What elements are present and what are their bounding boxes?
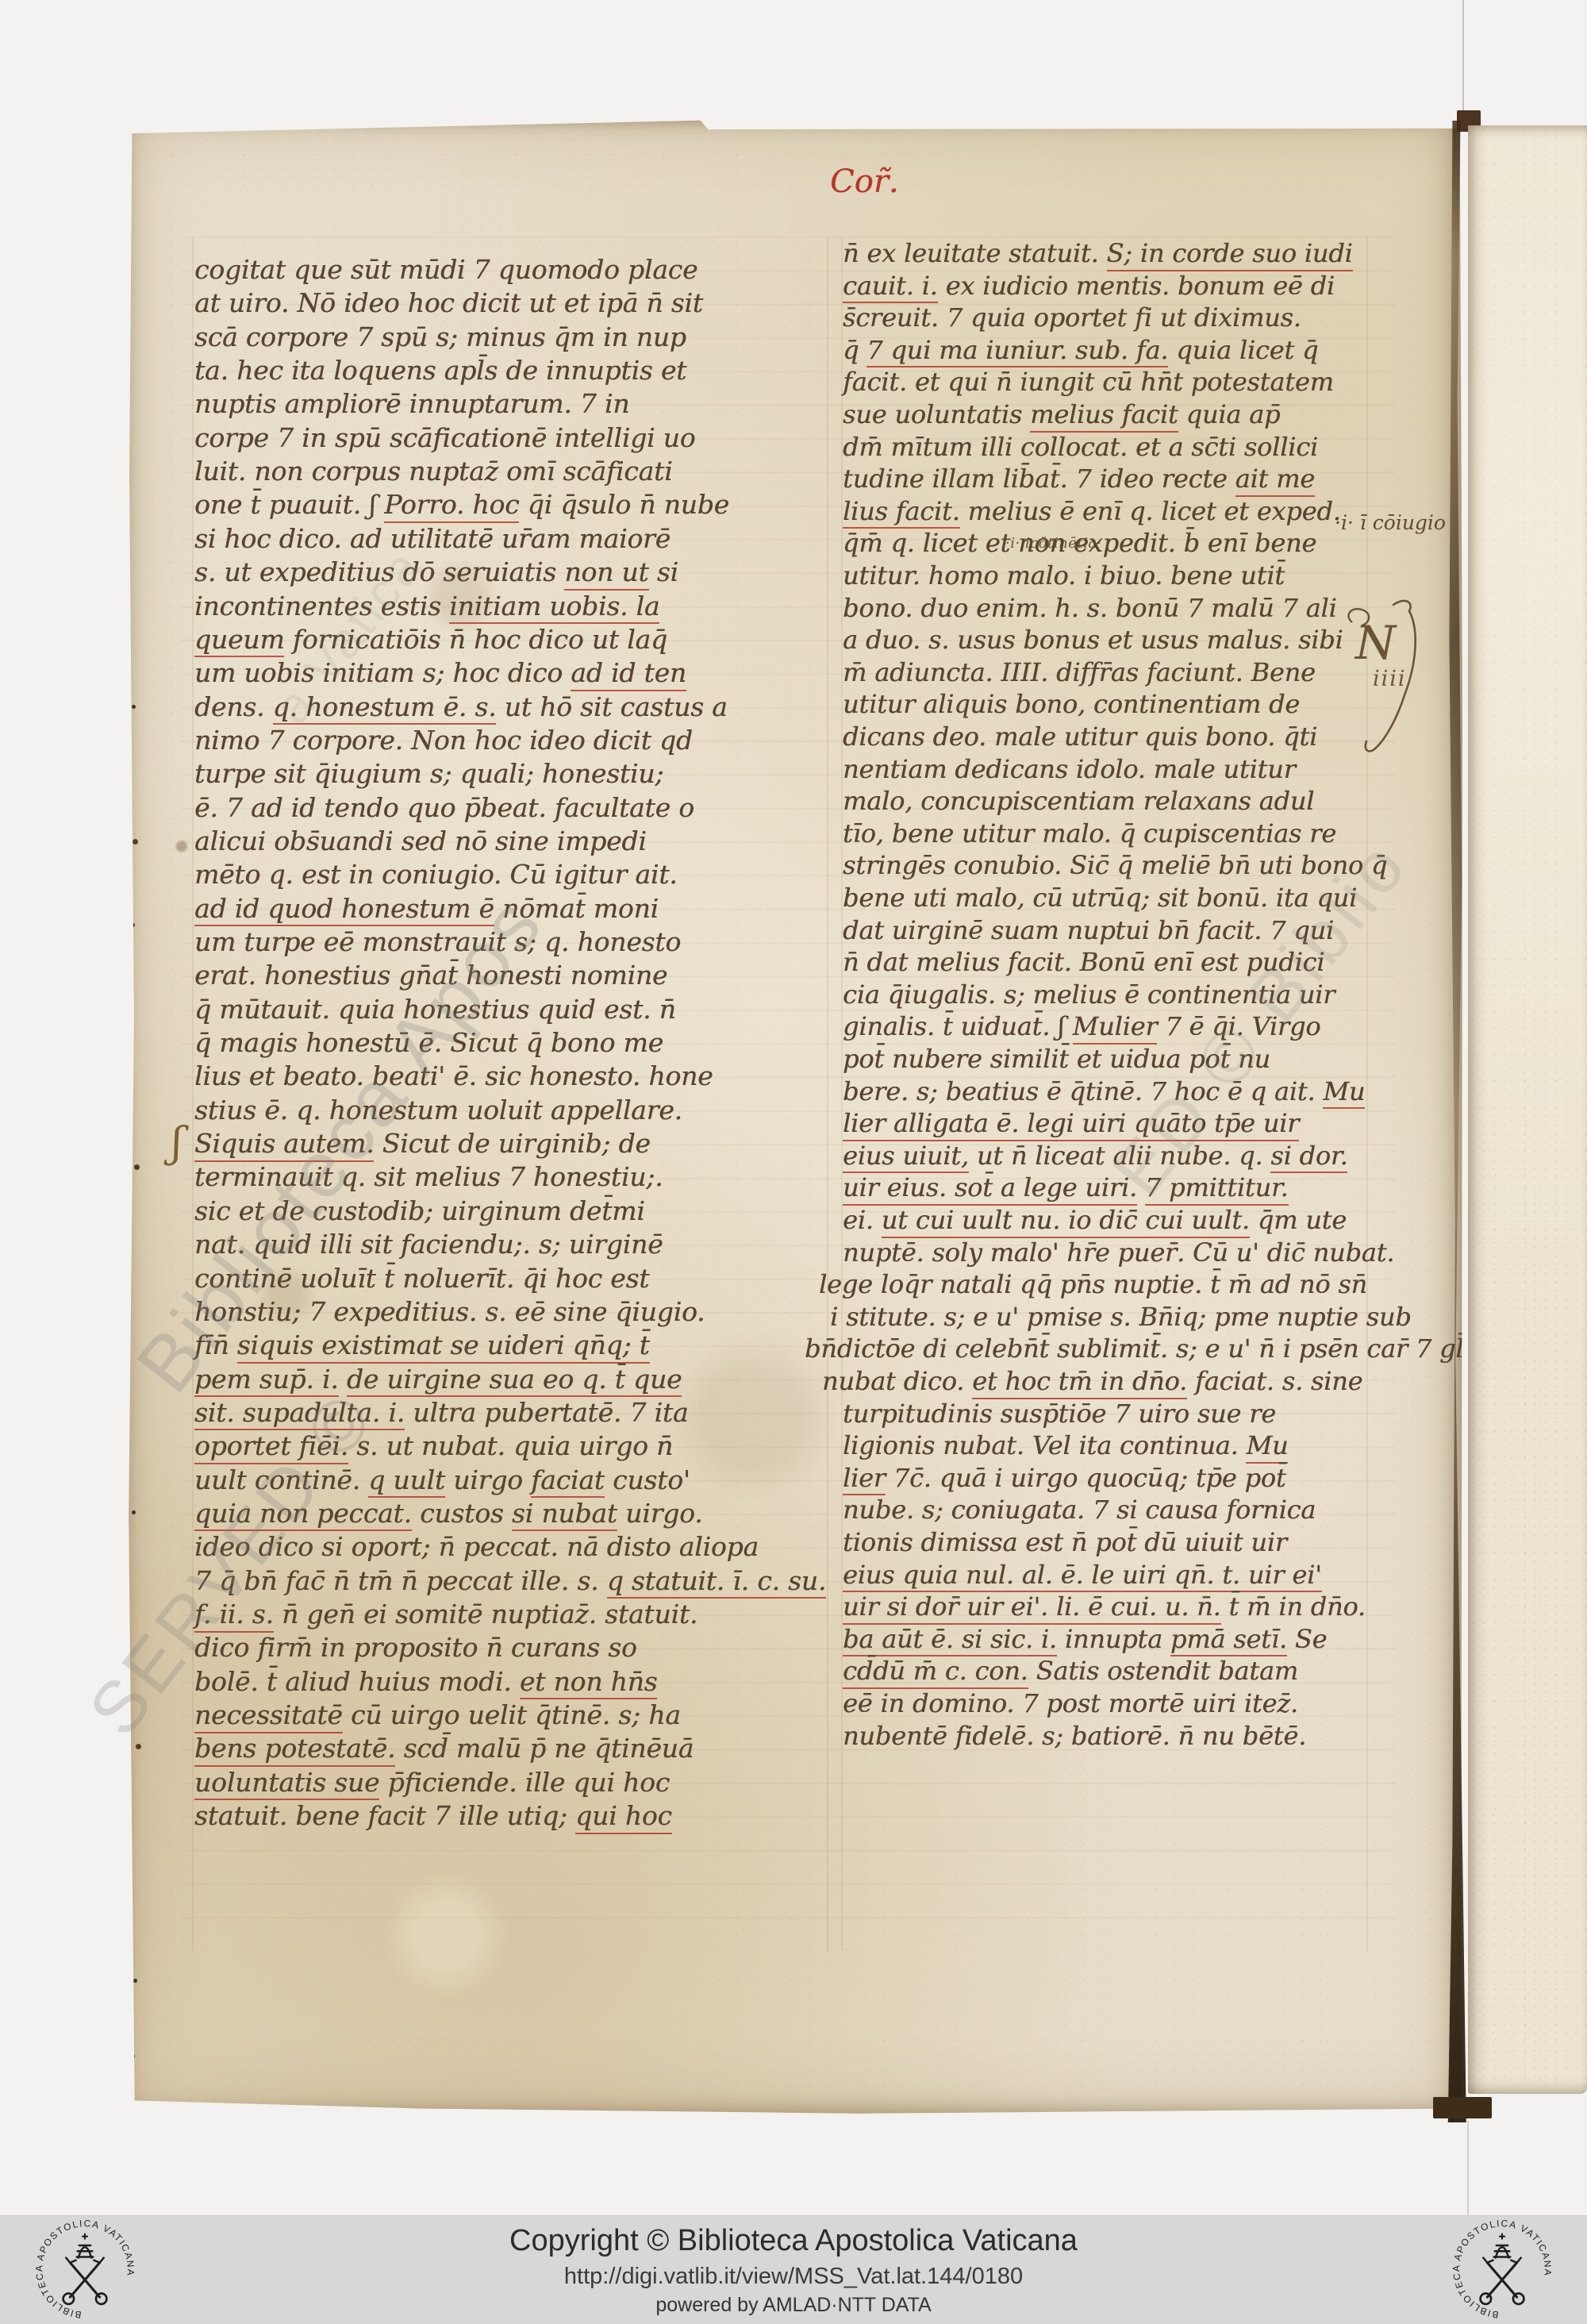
text-line: q̄ 7 qui ma iuniur. sub. fa. quia licet …	[843, 335, 1318, 365]
text-line: nubentē fidelē. s; batiorē. n̄ nu bētē.	[843, 1721, 1306, 1751]
text-line: bere. s; beatius ē q̄tinē. 7 hoc ē q ait…	[843, 1076, 1365, 1106]
column-guide-line	[192, 237, 194, 1951]
text-line: utitur. homo malo. i biuo. bene utit̄	[843, 560, 1285, 591]
text-line: ta. hec ita loquens apl̄s de innuptis et	[194, 355, 686, 386]
powered-by-text: powered by AMLAD·NTT DATA	[655, 2295, 931, 2315]
text-line: Siquis autem. Sicut de uirginib; de	[194, 1128, 651, 1159]
text-line: one t̄ puauit. ʃ Porro. hoc q̄i q̄sulo n…	[194, 489, 729, 520]
text-line: nentiam dedicans idolo. male utitur	[843, 754, 1296, 784]
text-line: uir eius. sot̄ a lege uiri. 7 pmittitur.	[843, 1172, 1289, 1202]
text-line: n̄ dat melius facit. Bonū enī est pudici	[843, 947, 1324, 977]
text-line: ideo dico si oport; n̄ peccat. nā disto …	[194, 1531, 759, 1562]
backdrop-crease	[1467, 2121, 1469, 2216]
vatican-library-logo-left: BIBLIOTECA APOSTOLICA VATICANA	[36, 2220, 134, 2318]
text-line: ba aūt ē. si sic. i. innupta pmā setī. S…	[843, 1624, 1327, 1654]
text-line: stringēs conubio. Sic̄ q̄ meliē bn̄ uti …	[843, 850, 1387, 880]
text-line: nube. s; coniugata. 7 si causa fornica	[843, 1495, 1316, 1525]
digitized-manuscript-viewer: { "page": { "running_title": "Cor̃.", "i…	[0, 0, 1587, 2324]
text-line: s. ut expeditius dō seruiatis non ut si	[194, 556, 678, 587]
text-line: n̄ ex leuitate statuit. S; in corde suo …	[843, 238, 1353, 268]
text-line: necessitatē cū uirgo uelit q̄tinē. s; ha	[194, 1699, 681, 1730]
crossed-keys-icon	[1481, 2258, 1524, 2304]
text-line: at uiro. Nō ideo hoc dicit ut et ipā n̄ …	[194, 287, 703, 318]
text-line: lier 7c̄. quā i uirgo quocūq; tp̄e pot̄	[843, 1463, 1286, 1493]
text-line: turpitudinis susp̄tiōe 7 uiro sue re	[843, 1399, 1276, 1429]
text-line: lier alligata ē. legi uiri quāto tp̄e ui…	[843, 1108, 1299, 1138]
vatican-library-logo-right: BIBLIOTECA APOSTOLICA VATICANA	[1453, 2220, 1551, 2318]
text-line: eius uiuit, ut n̄ liceat alii nube. q. s…	[843, 1141, 1347, 1171]
text-line: pot̄ nubere similit̄ et uidua pot̄ nu	[843, 1044, 1270, 1074]
text-line: uir si dor̄ uir ei'. li. ē cui. u. n̄. t…	[843, 1591, 1366, 1622]
text-line: ligionis nubat. Vel ita continua. Mu	[843, 1430, 1288, 1460]
running-title: Cor̃.	[830, 164, 899, 200]
text-line: eē in domino. 7 post mortē uiri itez̄.	[843, 1688, 1298, 1718]
text-line: continē uoluīt t̄ noluerīt. q̄i hoc est	[194, 1263, 649, 1294]
text-line: honstiu; 7 expeditius. s. eē sine q̄iugi…	[194, 1296, 705, 1327]
text-line: sue uoluntatis melius facit quia ap̄	[843, 399, 1280, 429]
text-line: mēto q. est in coniugio. Cū igitur ait.	[194, 859, 678, 890]
text-line: alicui obs̄uandi sed nō sine impedi	[194, 825, 647, 856]
text-line: cd̄dū m̄ c. con. Satis ostendit batam	[843, 1656, 1298, 1686]
text-line: terminauit q. sit melius 7 honestiu;.	[194, 1161, 663, 1192]
binding-specks	[132, 705, 136, 709]
text-line: ginalis. t̄ uiduat̄. ʃ Mulier 7 ē q̄i. V…	[843, 1011, 1320, 1041]
copyright-text: Copyright © Biblioteca Apostolica Vatica…	[509, 2226, 1078, 2257]
text-line: q̄m̄ q. licet et non expedit. b̄ enī ben…	[843, 528, 1316, 558]
source-url: http://digi.vatlib.it/view/MSS_Vat.lat.1…	[564, 2264, 1023, 2288]
text-line: turpe sit q̄iugium s; quali; honestiu;	[194, 758, 663, 789]
backdrop-crease	[1462, 0, 1464, 125]
text-line: dico firm̄ in proposito n̄ curans so	[194, 1632, 637, 1663]
text-line: dens. q. honestum ē. s. ut hō sit castus…	[194, 691, 728, 722]
text-line: si hoc dico. ad utilitatē ur̄am maiorē	[194, 523, 671, 554]
text-line: q̄ magis honestū ē. Sicut q̄ bono me	[194, 1027, 663, 1058]
text-line: 7 q̄ bn̄ fac̄ n̄ tm̄ n̄ peccat ille. s. …	[194, 1565, 826, 1596]
text-line: dicans deo. male utitur quis bono. q̄ti	[843, 721, 1317, 752]
manuscript-page: Cor̃. cogitat que sūt mūdi 7 quomodo pla…	[125, 117, 1462, 2114]
text-line: bene uti malo, cū utrūq; sit bonū. ita q…	[843, 883, 1357, 913]
text-line: dat uirginē suam nuptui bn̄ facit. 7 qui	[843, 915, 1334, 945]
binding-foot	[1433, 2097, 1492, 2118]
text-line: cauit. i. ex iudicio mentis. bonum eē di	[843, 271, 1335, 301]
text-line: nimo 7 corpore. Non hoc ideo dicit qd	[194, 725, 693, 756]
text-line: stius ē. q. honestum uoluit appellare.	[194, 1095, 682, 1125]
text-line: i stitute. s; e u' pmise s. Bn̄iq; pme n…	[830, 1302, 1412, 1332]
footer-bar: Copyright © Biblioteca Apostolica Vatica…	[0, 2215, 1587, 2324]
text-line: f. ii. s. n̄ gen̄ ei somitē nuptiaz̄. st…	[194, 1599, 697, 1629]
text-line: nubat dico. et hoc tm̄ in dn̄o. faciat. …	[822, 1366, 1362, 1396]
column-guide-line	[827, 237, 828, 1951]
text-line: nuptē. soly malo' hr̄e puer̄. Cū u' dic̄…	[843, 1237, 1394, 1268]
text-line: um turpe eē monstrauit s; q. honesto	[194, 926, 681, 957]
text-line: m̄ adiuncta. IIII. diffr̄as faciunt. Ben…	[843, 657, 1316, 687]
text-line: tudine illam lib̄at̄. 7 ideo recte ait m…	[843, 464, 1315, 494]
text-line: incontinentes estis initiam uobis. la	[194, 591, 659, 621]
text-line: lius et beato. beati' ē. sic honesto. ho…	[194, 1060, 713, 1091]
text-line: nuptis ampliorē innuptarum. 7 in	[194, 388, 629, 419]
text-line: corpe 7 in spū scāficationē intelligi uo	[194, 422, 695, 453]
text-line: cogitat que sūt mūdi 7 quomodo place	[194, 254, 697, 285]
text-line: eius quia nul. al. ē. le uiri qn̄. t. ui…	[843, 1560, 1322, 1590]
text-line: ē. 7 ad id tendo quo p̄beat. facultate o	[194, 792, 694, 823]
text-line: pem sup̄. i. de uirgine sua eo q. t̄ que	[194, 1364, 682, 1395]
facing-folio-edge	[1468, 125, 1587, 2094]
text-line: nat. quid illi sit faciendu;. s; uirginē	[194, 1229, 663, 1260]
text-line: scā corpore 7 spū s; minus q̄m in nup	[194, 321, 686, 352]
text-line: malo, concupiscentiam relaxans adul	[843, 786, 1314, 816]
text-line: q̄ mūtauit. quia honestius quid est. n̄	[194, 994, 676, 1025]
papal-tiara-icon	[77, 2234, 94, 2258]
text-line: luit. non corpus nuptaz̄ omī scāficati	[194, 456, 672, 487]
text-line: fīn̄ siquis existimat se uideri qn̄q; t̄	[194, 1329, 650, 1360]
text-line: queum fornicatiōis n̄ hoc dico ut laq̄	[194, 624, 667, 655]
text-line: sit. supadulta. i. ultra pubertatē. 7 it…	[194, 1397, 688, 1428]
text-line: facit. et qui n̄ iungit cū hn̄t potestat…	[843, 367, 1334, 397]
text-line: tīo, bene utitur malo. q̄ cupiscentias r…	[843, 818, 1336, 848]
text-line: bn̄dictōe di celebn̄t̄ sublimit̄. s; e u…	[805, 1333, 1486, 1364]
text-line: oportet fiēi. s. ut nubat. quia uirgo n̄	[194, 1430, 673, 1461]
margin-note: ·i· ī cōiugio	[1335, 511, 1446, 534]
text-line: a duo. s. usus bonus et usus malus. sibi	[843, 625, 1343, 655]
text-line: erat. honestius gn̄at̄ honesti nomine	[194, 960, 667, 991]
papal-tiara-icon	[1494, 2234, 1511, 2258]
text-line: utitur aliquis bono, continentiam de	[843, 689, 1300, 719]
text-line: uoluntatis sue p̄ficiende. ille qui hoc	[194, 1767, 670, 1798]
text-line: sic et de custodib; uirginum det̄mi	[194, 1195, 645, 1226]
text-line: lege loq̄r natali qq̄ pn̄s nuptie. t̄ m̄…	[819, 1269, 1367, 1299]
text-line: cia q̄iugalis. s; melius ē continentia u…	[843, 979, 1335, 1010]
crossed-keys-icon	[63, 2258, 107, 2304]
text-line: tionis dimissa est n̄ pot̄ dū uiuit uir	[843, 1527, 1287, 1557]
nota-mark: N iiii	[1338, 594, 1425, 776]
nota-numeral: iiii	[1373, 667, 1407, 691]
nota-letter: N	[1355, 616, 1396, 670]
text-line: bolē. t̄ aliud huius modi. et non hn̄s	[194, 1666, 657, 1697]
text-line: um uobis initiam s; hoc dico ad id ten	[194, 657, 686, 688]
text-line: bono. duo enim. h. s. bonū 7 malū 7 ali	[843, 593, 1337, 623]
text-line: ei. ut cui uult nu. io dic̄ cui uult. q̄…	[843, 1205, 1347, 1235]
text-line: quia non peccat. custos si nubat uirgo.	[194, 1498, 702, 1529]
text-line: uult continē. q uult uirgo faciat custo'	[194, 1464, 690, 1495]
text-line: statuit. bene facit 7 ille utiq; qui hoc	[194, 1800, 672, 1831]
text-line: dm̄ mītum illi collocat. et a sc̄ti soll…	[843, 432, 1318, 462]
text-line: ad id quod honestum ē nōmat̄ moni	[194, 893, 659, 924]
text-line: s̄creuit. 7 quia oportet fi ut diximus.	[843, 302, 1301, 333]
text-line: bens potestatē. scd̄ malū p̄ ne q̄tinēuā	[194, 1733, 694, 1764]
paraph-mark: ʃ	[171, 1119, 183, 1167]
column-guide-line	[1366, 237, 1368, 1951]
text-line: lius facit. melius ē enī q. licet et exp…	[843, 496, 1341, 526]
